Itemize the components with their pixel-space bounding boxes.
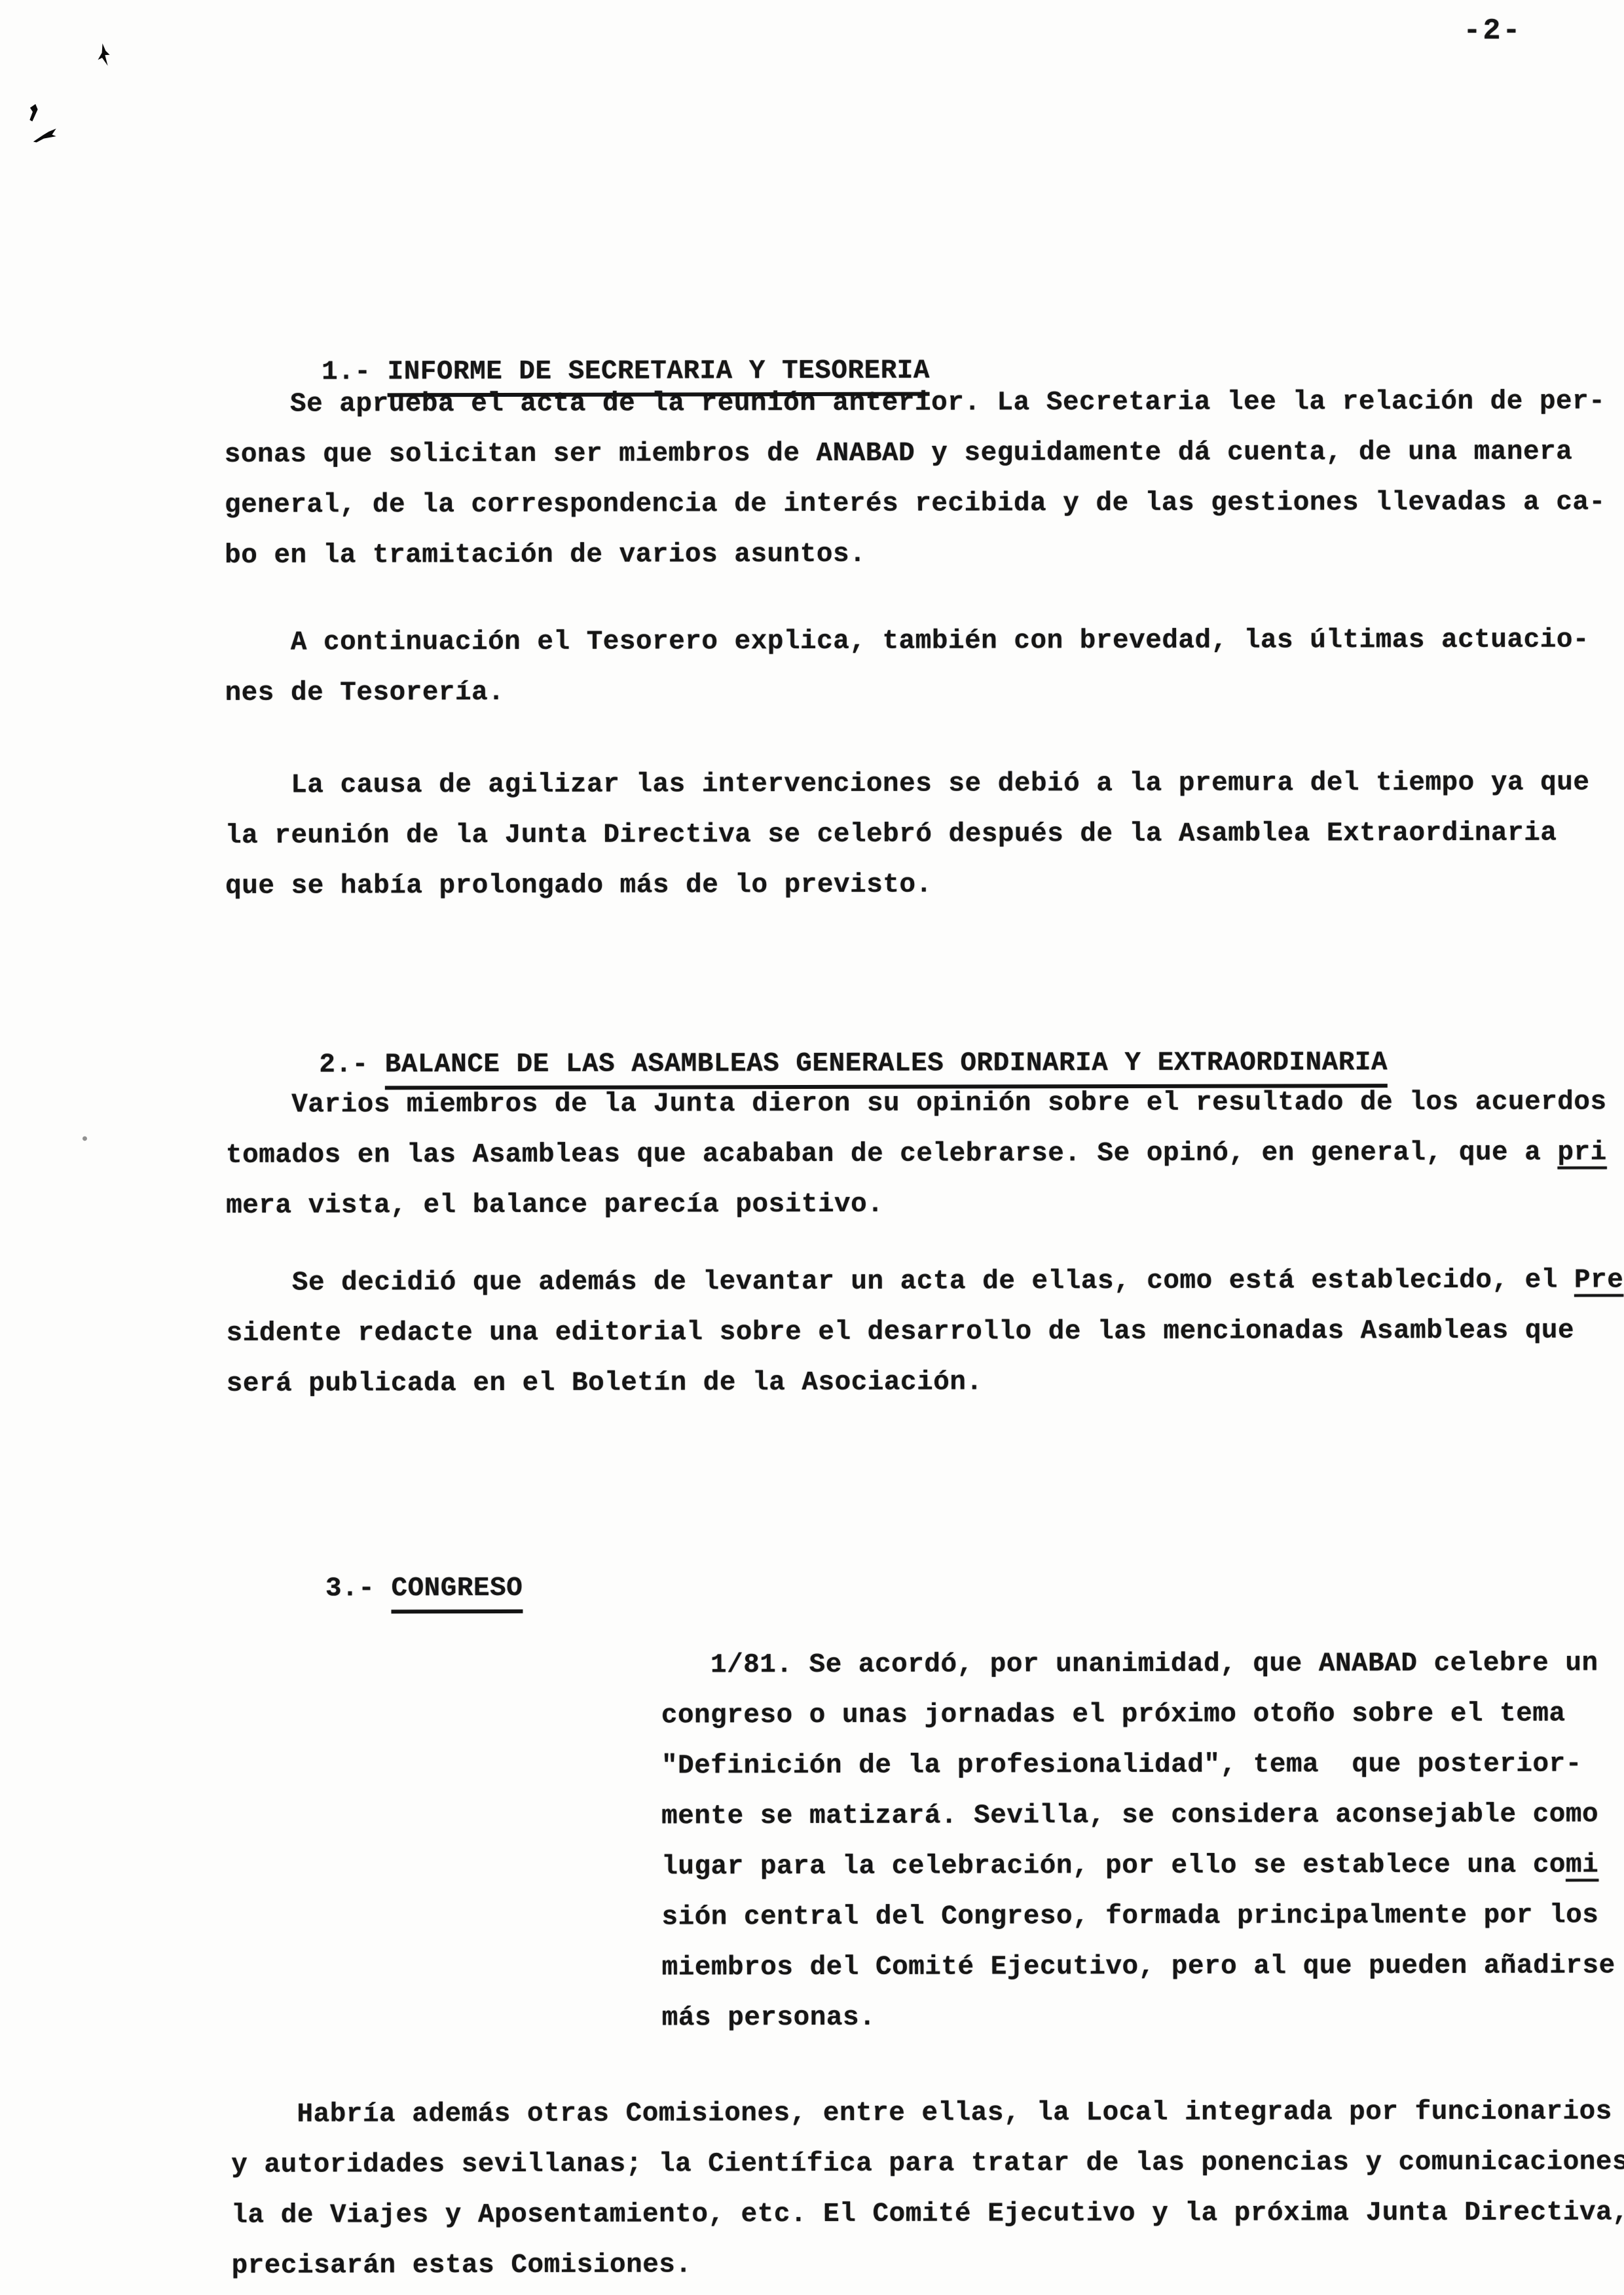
document-page: -2- 1.- INFORME DE SECRETARIA Y TESORERI… xyxy=(0,0,1624,2295)
text-run: sión central del Congreso, formada princ… xyxy=(661,1900,1598,1932)
text-run: lugar para la celebración, por ello se e… xyxy=(661,1850,1566,1882)
text-run: sidente redacte una editorial sobre el d… xyxy=(227,1316,1575,1349)
text-run: bo en la tramitación de varios asuntos. xyxy=(225,540,866,571)
scanned-content: -2- 1.- INFORME DE SECRETARIA Y TESORERI… xyxy=(0,0,1624,2295)
text-line: la reunión de la Junta Directiva se cele… xyxy=(225,809,1590,862)
text-line: sonas que solicitan ser miembros de ANAB… xyxy=(225,427,1606,480)
paragraph-acuerdo-congreso: 1/81. Se acordó, por unanimidad, que ANA… xyxy=(661,1638,1615,2044)
text-line: La causa de agilizar las intervenciones … xyxy=(225,758,1590,811)
text-line: Habría además otras Comisiones, entre el… xyxy=(231,2087,1624,2140)
section-heading-informe: 1.- INFORME DE SECRETARIA Y TESORERIA xyxy=(223,296,930,348)
section-heading-congreso: 3.- CONGRESO xyxy=(227,1513,523,1564)
text-line: bo en la tramitación de varios asuntos. xyxy=(225,528,1606,581)
text-run: Se decidió que además de levantar un act… xyxy=(226,1266,1574,1298)
underlined-text: Pre xyxy=(1574,1265,1623,1295)
text-run: Se aprueba el acta de la reunión anterio… xyxy=(225,386,1606,419)
text-run: Habría además otras Comisiones, entre el… xyxy=(231,2097,1612,2129)
text-run: más personas. xyxy=(662,2003,876,2034)
text-run: "Definición de la profesionalidad", tema… xyxy=(661,1750,1582,1782)
paragraph-opinion: Varios miembros de la Junta dieron su op… xyxy=(226,1077,1607,1231)
text-line: la de Viajes y Aposentamiento, etc. El C… xyxy=(231,2188,1624,2241)
text-line: mera vista, el balance parecía positivo. xyxy=(226,1178,1607,1231)
paragraph-acta: Se aprueba el acta de la reunión anterio… xyxy=(225,376,1606,581)
ink-mark xyxy=(83,1136,87,1141)
text-run: precisarán estas Comisiones. xyxy=(232,2250,692,2281)
text-line: y autoridades sevillanas; la Científica … xyxy=(231,2137,1624,2190)
text-line: "Definición de la profesionalidad", tema… xyxy=(661,1739,1615,1791)
text-run: sonas que solicitan ser miembros de ANAB… xyxy=(225,437,1573,470)
ink-mark xyxy=(96,43,111,67)
text-run: A continuación el Tesorero explica, tamb… xyxy=(225,625,1589,658)
text-line: que se había prolongado más de lo previs… xyxy=(225,859,1590,912)
ink-mark xyxy=(33,128,56,142)
text-run: mente se matizará. Sevilla, se considera… xyxy=(661,1799,1598,1831)
text-run: tomados en las Asambleas que acababan de… xyxy=(226,1138,1558,1171)
text-line: precisarán estas Comisiones. xyxy=(231,2238,1624,2291)
text-line: nes de Tesorería. xyxy=(225,666,1589,719)
text-line: lugar para la celebración, por ello se e… xyxy=(661,1840,1615,1892)
text-line: sidente redacte una editorial sobre el d… xyxy=(227,1306,1624,1359)
text-run: será publicada en el Boletín de la Asoci… xyxy=(227,1367,983,1399)
text-run: Varios miembros de la Junta dieron su op… xyxy=(226,1087,1607,1120)
heading-number: 3.- xyxy=(325,1573,392,1604)
text-run: miembros del Comité Ejecutivo, pero al q… xyxy=(662,1951,1615,1983)
text-line: Se decidió que además de levantar un act… xyxy=(226,1255,1623,1308)
text-line: será publicada en el Boletín de la Asoci… xyxy=(227,1356,1624,1409)
text-run: La causa de agilizar las intervenciones … xyxy=(225,768,1590,801)
text-line: 1/81. Se acordó, por unanimidad, que ANA… xyxy=(661,1638,1615,1691)
heading-number: 2.- xyxy=(319,1050,385,1080)
text-run: mera vista, el balance parecía positivo. xyxy=(226,1190,883,1221)
section-heading-balance: 2.- BALANCE DE LAS ASAMBLEAS GENERALES O… xyxy=(220,987,1388,1040)
text-line: congreso o unas jornadas el próximo otoñ… xyxy=(661,1689,1615,1741)
text-run: congreso o unas jornadas el próximo otoñ… xyxy=(661,1699,1566,1731)
paragraph-comisiones: Habría además otras Comisiones, entre el… xyxy=(231,2087,1624,2291)
text-line: general, de la correspondencia de interé… xyxy=(225,477,1606,530)
paragraph-premura: La causa de agilizar las intervenciones … xyxy=(225,758,1590,912)
text-run: nes de Tesorería. xyxy=(225,678,504,708)
text-run: que se había prolongado más de lo previs… xyxy=(225,870,932,902)
text-line: Se aprueba el acta de la reunión anterio… xyxy=(225,376,1606,430)
text-run: general, de la correspondencia de interé… xyxy=(225,487,1606,520)
text-line: Varios miembros de la Junta dieron su op… xyxy=(226,1077,1607,1130)
paragraph-editorial: Se decidió que además de levantar un act… xyxy=(226,1255,1623,1409)
paragraph-tesorero: A continuación el Tesorero explica, tamb… xyxy=(225,615,1589,719)
underlined-text: pri xyxy=(1557,1137,1606,1167)
text-line: A continuación el Tesorero explica, tamb… xyxy=(225,615,1589,669)
text-run: 1/81. Se acordó, por unanimidad, que ANA… xyxy=(661,1648,1598,1680)
ink-mark xyxy=(28,103,38,122)
heading-title: CONGRESO xyxy=(391,1573,523,1613)
underlined-text: mi xyxy=(1566,1850,1598,1880)
text-line: miembros del Comité Ejecutivo, pero al q… xyxy=(662,1941,1615,1993)
page-number: -2- xyxy=(1463,14,1522,48)
text-run: la reunión de la Junta Directiva se cele… xyxy=(225,818,1557,851)
text-run: y autoridades sevillanas; la Científica … xyxy=(231,2147,1624,2180)
text-line: mente se matizará. Sevilla, se considera… xyxy=(661,1790,1615,1842)
text-line: más personas. xyxy=(662,1991,1615,2044)
text-run: la de Viajes y Aposentamiento, etc. El C… xyxy=(231,2197,1624,2230)
text-line: tomados en las Asambleas que acababan de… xyxy=(226,1128,1607,1181)
text-line: sión central del Congreso, formada princ… xyxy=(661,1890,1615,1943)
